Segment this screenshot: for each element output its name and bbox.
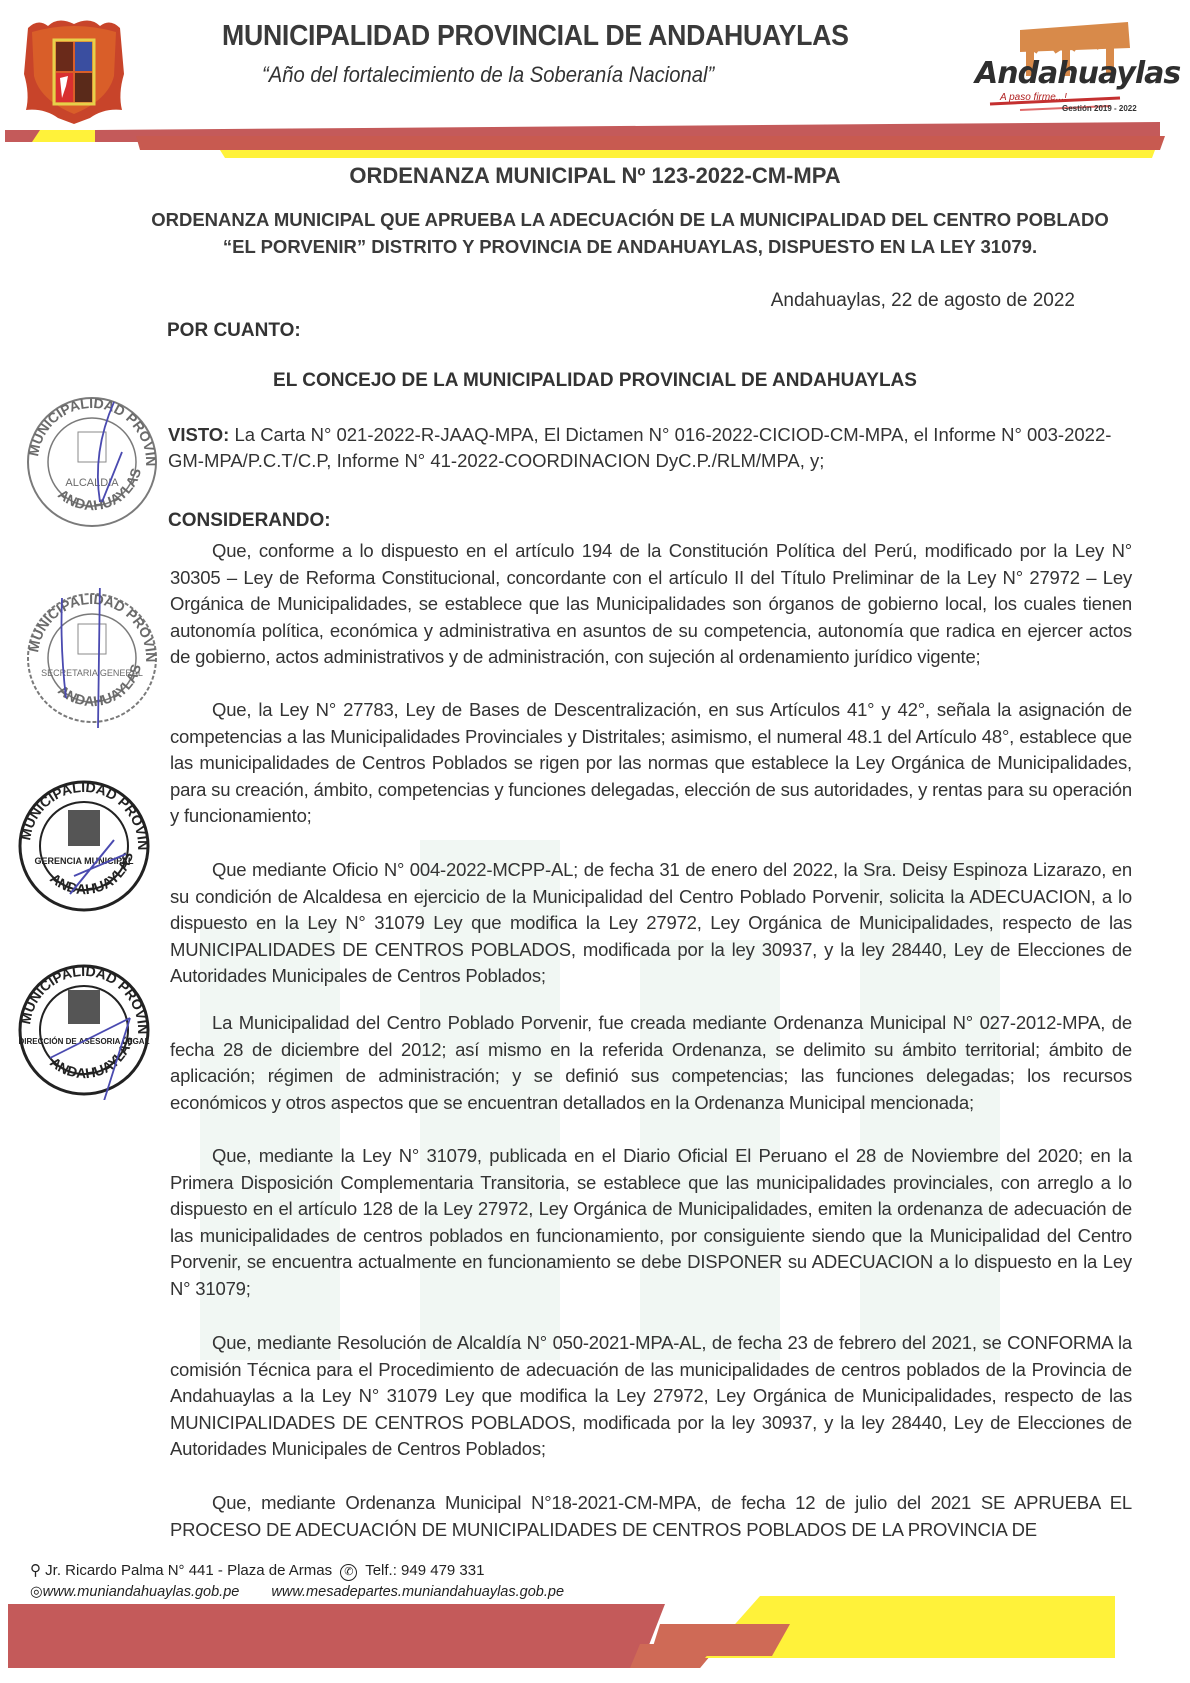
- por-cuanto-heading: POR CUANTO:: [167, 320, 301, 342]
- ordinance-subtitle: ORDENANZA MUNICIPAL QUE APRUEBA LA ADECU…: [150, 206, 1110, 260]
- paragraph: Que, conforme a lo dispuesto en el artíc…: [170, 538, 1132, 671]
- paragraph: Que, mediante Ordenanza Municipal N°18-2…: [170, 1490, 1132, 1543]
- ordinance-number: ORDENANZA MUNICIPAL Nº 123-2022-CM-MPA: [0, 163, 1190, 189]
- paragraph: La Municipalidad del Centro Poblado Porv…: [170, 1010, 1132, 1116]
- footer-stripe: [0, 1596, 1190, 1683]
- visto-label: VISTO:: [168, 424, 229, 445]
- phone-icon: ✆: [340, 1564, 357, 1581]
- brand-period: Gestión 2019 - 2022: [1062, 104, 1137, 113]
- paragraph: Que, mediante la Ley N° 31079, publicada…: [170, 1143, 1132, 1303]
- paragraph: Que, mediante Resolución de Alcaldía N° …: [170, 1330, 1132, 1463]
- year-motto: “Año del fortalecimiento de la Soberanía…: [262, 62, 714, 88]
- document-date: Andahuaylas, 22 de agosto de 2022: [771, 290, 1075, 312]
- header-stripe: [0, 120, 1190, 160]
- brand-name: Andahuaylas: [975, 56, 1180, 91]
- stamp-alcaldia: MUNICIPALIDAD PROVINCIAL ANDAHUAYLAS ALC…: [22, 392, 162, 532]
- paragraph: Que mediante Oficio N° 004-2022-MCPP-AL;…: [170, 857, 1132, 990]
- visto-section: VISTO: La Carta N° 021-2022-R-JAAQ-MPA, …: [168, 422, 1133, 474]
- svg-text:MUNICIPALIDAD PROVINCIAL: MUNICIPALIDAD PROVINCIAL: [22, 588, 159, 662]
- svg-text:SECRETARIA GENERAL: SECRETARIA GENERAL: [41, 668, 143, 678]
- footer-address-line: ⚲ Jr. Ricardo Palma N° 441 - Plaza de Ar…: [30, 1561, 484, 1581]
- footer-phone: Telf.: 949 479 331: [365, 1562, 484, 1579]
- footer-address: Jr. Ricardo Palma N° 441 - Plaza de Arma…: [45, 1562, 332, 1579]
- svg-text:MUNICIPALIDAD PROVINCIAL: MUNICIPALIDAD PROVINCIAL: [22, 392, 159, 466]
- municipal-coat-of-arms: [18, 14, 130, 124]
- location-pin-icon: ⚲: [30, 1562, 41, 1579]
- institution-name: MUNICIPALIDAD PROVINCIAL DE ANDAHUAYLAS: [222, 20, 884, 53]
- visto-text: La Carta N° 021-2022-R-JAAQ-MPA, El Dict…: [168, 424, 1111, 471]
- stamp-secretaria-general: MUNICIPALIDAD PROVINCIAL ANDAHUAYLAS SEC…: [22, 588, 162, 728]
- paragraph: Que, la Ley N° 27783, Ley de Bases de De…: [170, 697, 1132, 830]
- considerando-heading: CONSIDERANDO:: [168, 510, 331, 532]
- brand-slogan: A paso firme...!: [1000, 92, 1067, 103]
- concejo-heading: EL CONCEJO DE LA MUNICIPALIDAD PROVINCIA…: [0, 370, 1190, 392]
- stamp-asesoria-legal: MUNICIPALIDAD PROVINCIAL ANDAHUAYLAS DIR…: [14, 960, 154, 1100]
- stamp-gerencia-municipal: MUNICIPALIDAD PROVINCIAL ANDAHUAYLAS GER…: [14, 776, 154, 916]
- svg-text:ANDAHUAYLAS: ANDAHUAYLAS: [55, 466, 144, 513]
